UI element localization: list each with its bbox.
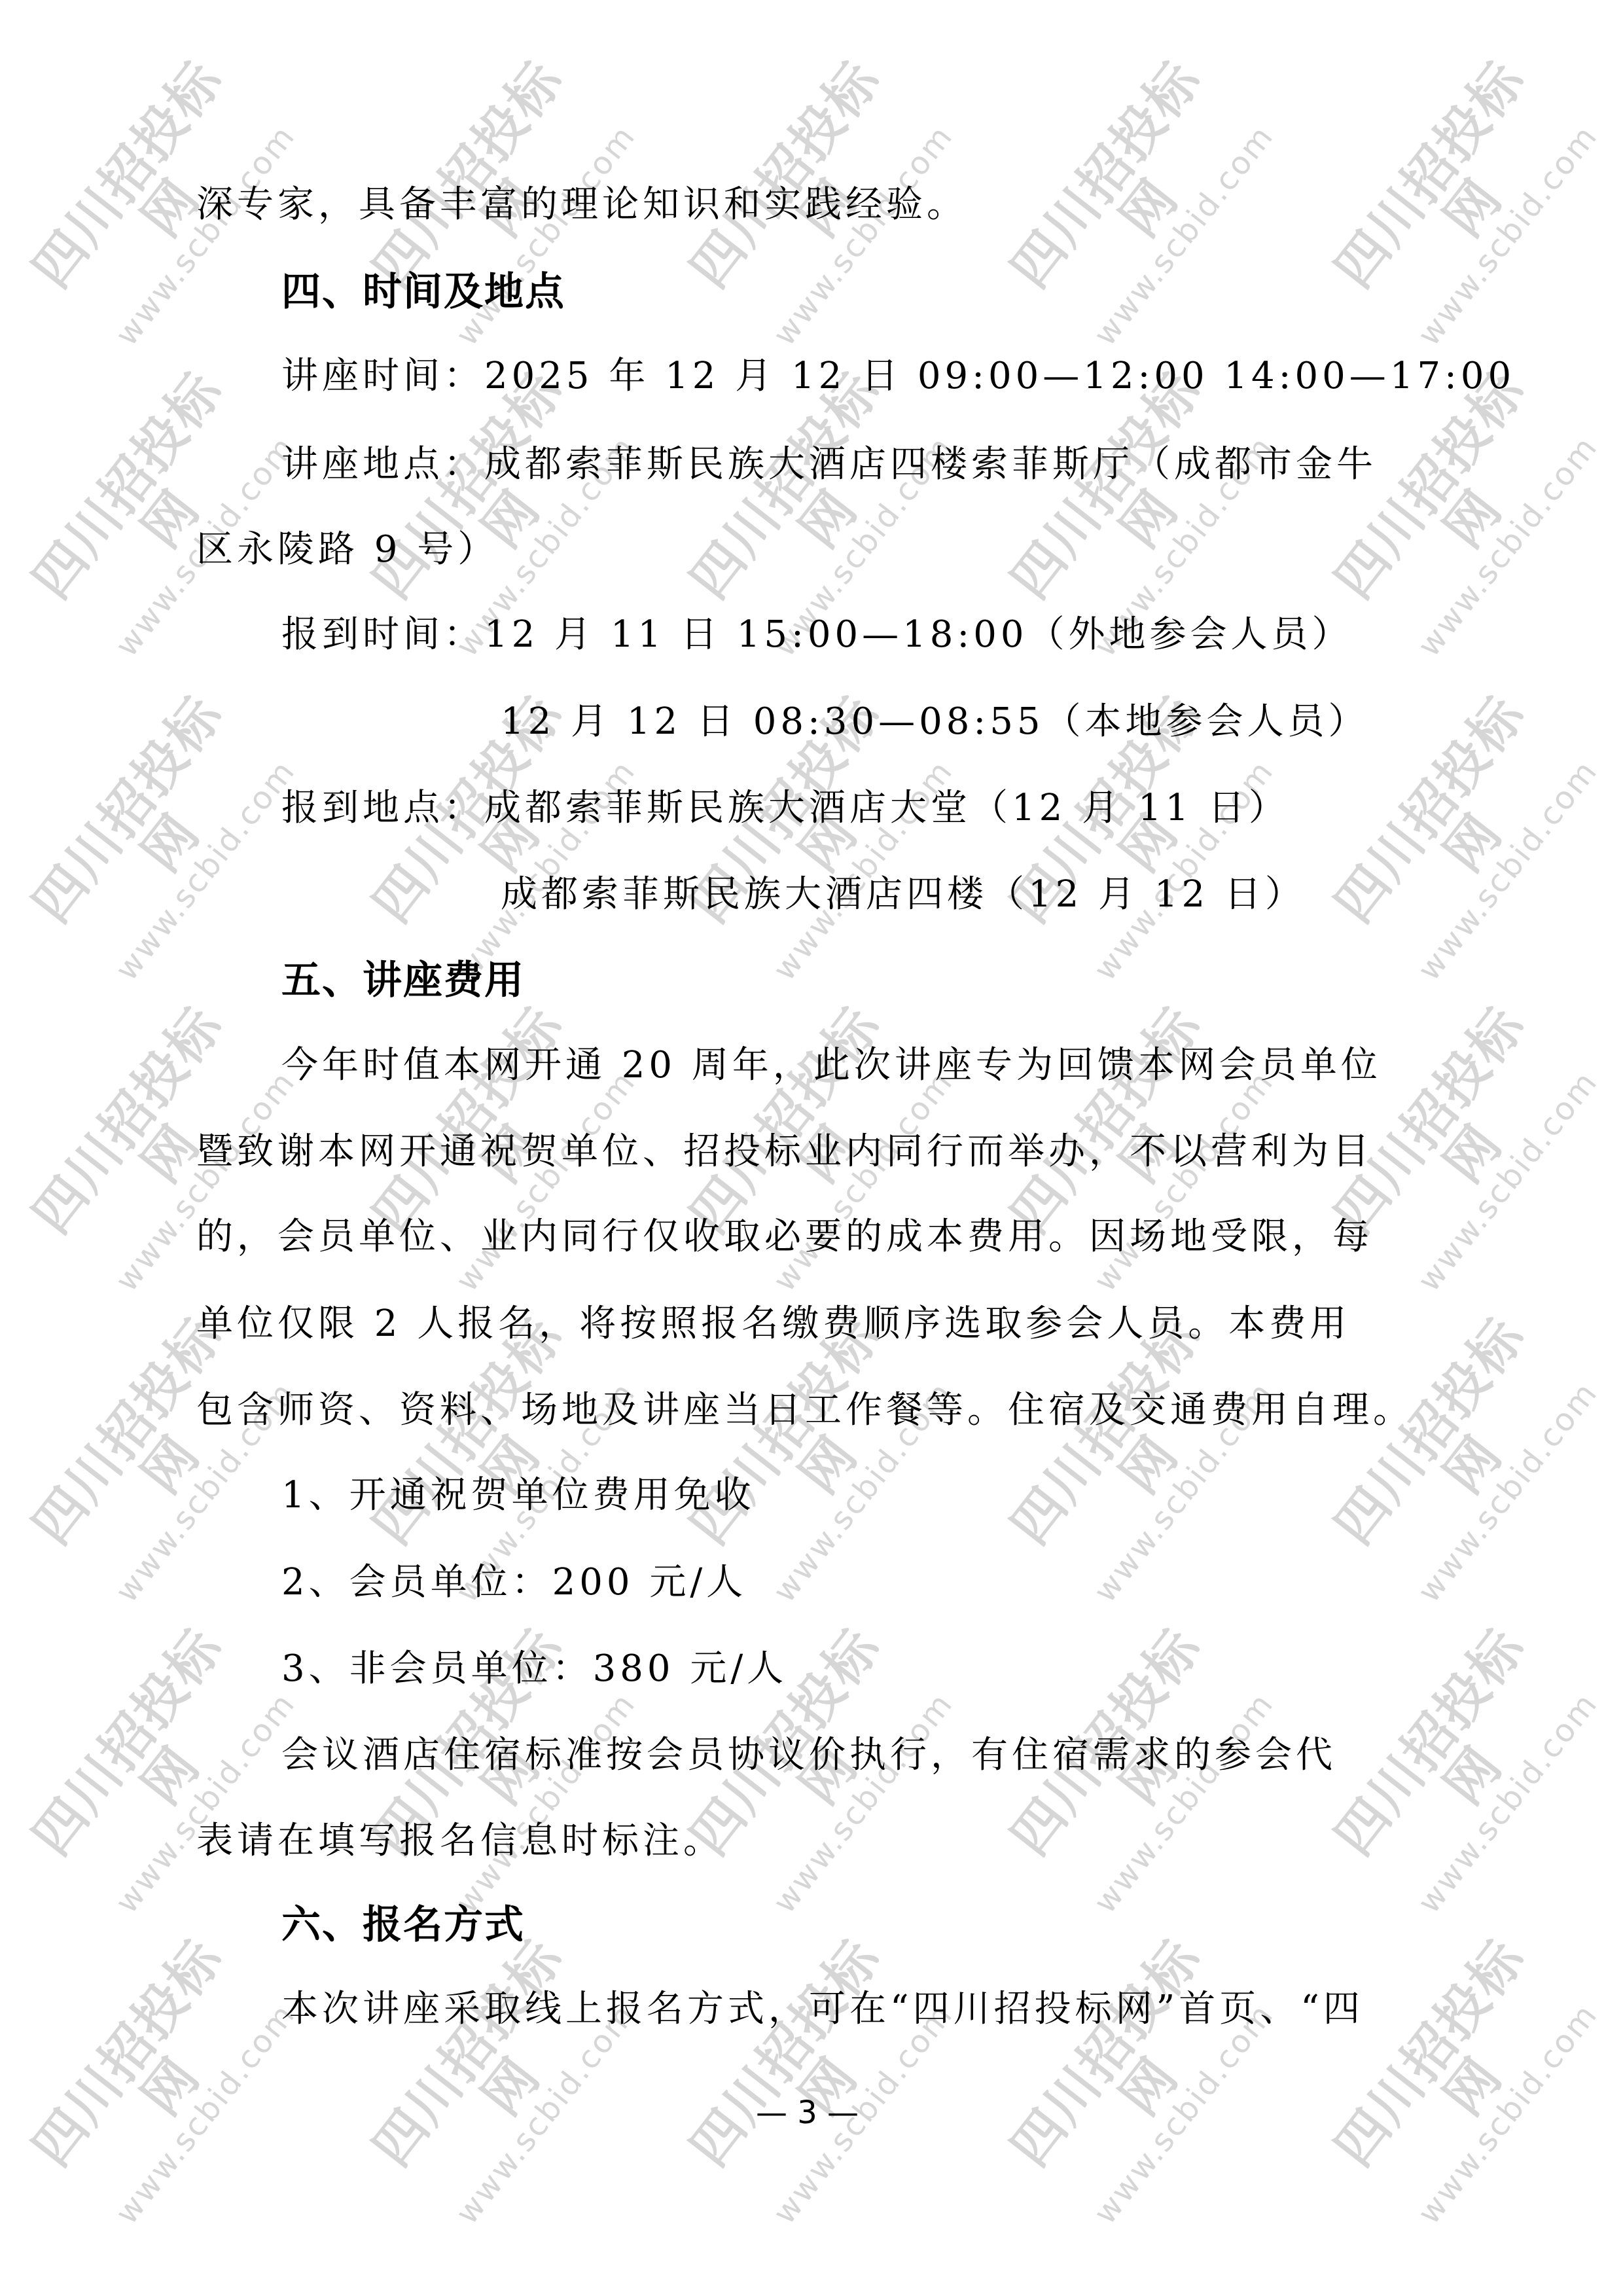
section-heading-registration: 六、报名方式: [281, 1893, 525, 1950]
paragraph-line: 表请在填写报名信息时标注。: [196, 1812, 724, 1864]
fee-item-3: 3、非会员单位：380 元/人: [281, 1640, 787, 1692]
section-heading-time-location: 四、时间及地点: [281, 260, 565, 317]
paragraph-line: 本次讲座采取线上报名方式，可在“四川招投标网”首页、“四: [281, 1980, 1364, 2032]
lecture-location-cont: 区永陵路 9 号）: [196, 520, 498, 573]
document-page: 四川招投标网www.scbid.com四川招投标网www.scbid.com四川…: [0, 0, 1623, 2296]
paragraph-line: 深专家，具备丰富的理论知识和实践经验。: [196, 175, 967, 228]
paragraph-line: 的，会员单位、业内同行仅收取必要的成本费用。因场地受限，每: [196, 1208, 1373, 1260]
section-heading-fees: 五、讲座费用: [281, 949, 525, 1005]
page-number: — 3 —: [756, 2094, 859, 2131]
checkin-location-cont: 成都索菲斯民族大酒店四楼（12 月 12 日）: [501, 865, 1306, 918]
paragraph-line: 包含师资、资料、场地及讲座当日工作餐等。住宿及交通费用自理。: [196, 1381, 1414, 1433]
checkin-time: 报到时间：12 月 11 日 15:00—18:00（外地参会人员）: [281, 605, 1352, 658]
fee-item-1: 1、开通祝贺单位费用免收: [281, 1466, 755, 1518]
document-body: 深专家，具备丰富的理论知识和实践经验。 四、时间及地点 讲座时间：2025 年 …: [0, 0, 1623, 2296]
lecture-time: 讲座时间：2025 年 12 月 12 日 09:00—12:00 14:00—…: [281, 347, 1515, 399]
paragraph-line: 今年时值本网开通 20 周年，此次讲座专为回馈本网会员单位: [281, 1036, 1382, 1088]
paragraph-line: 会议酒店住宿标准按会员协议价执行，有住宿需求的参会代: [281, 1726, 1336, 1778]
paragraph-line: 暨致谢本网开通祝贺单位、招投标业内同行而举办，不以营利为目: [196, 1122, 1373, 1175]
checkin-location: 报到地点：成都索菲斯民族大酒店大堂（12 月 11 日）: [281, 779, 1289, 831]
paragraph-line: 单位仅限 2 人报名，将按照报名缴费顺序选取参会人员。本费用: [196, 1295, 1350, 1347]
lecture-location: 讲座地点：成都索菲斯民族大酒店四楼索菲斯厅（成都市金牛: [281, 435, 1377, 488]
checkin-time-cont: 12 月 12 日 08:30—08:55（本地参会人员）: [501, 692, 1368, 745]
fee-item-2: 2、会员单位：200 元/人: [281, 1553, 747, 1605]
